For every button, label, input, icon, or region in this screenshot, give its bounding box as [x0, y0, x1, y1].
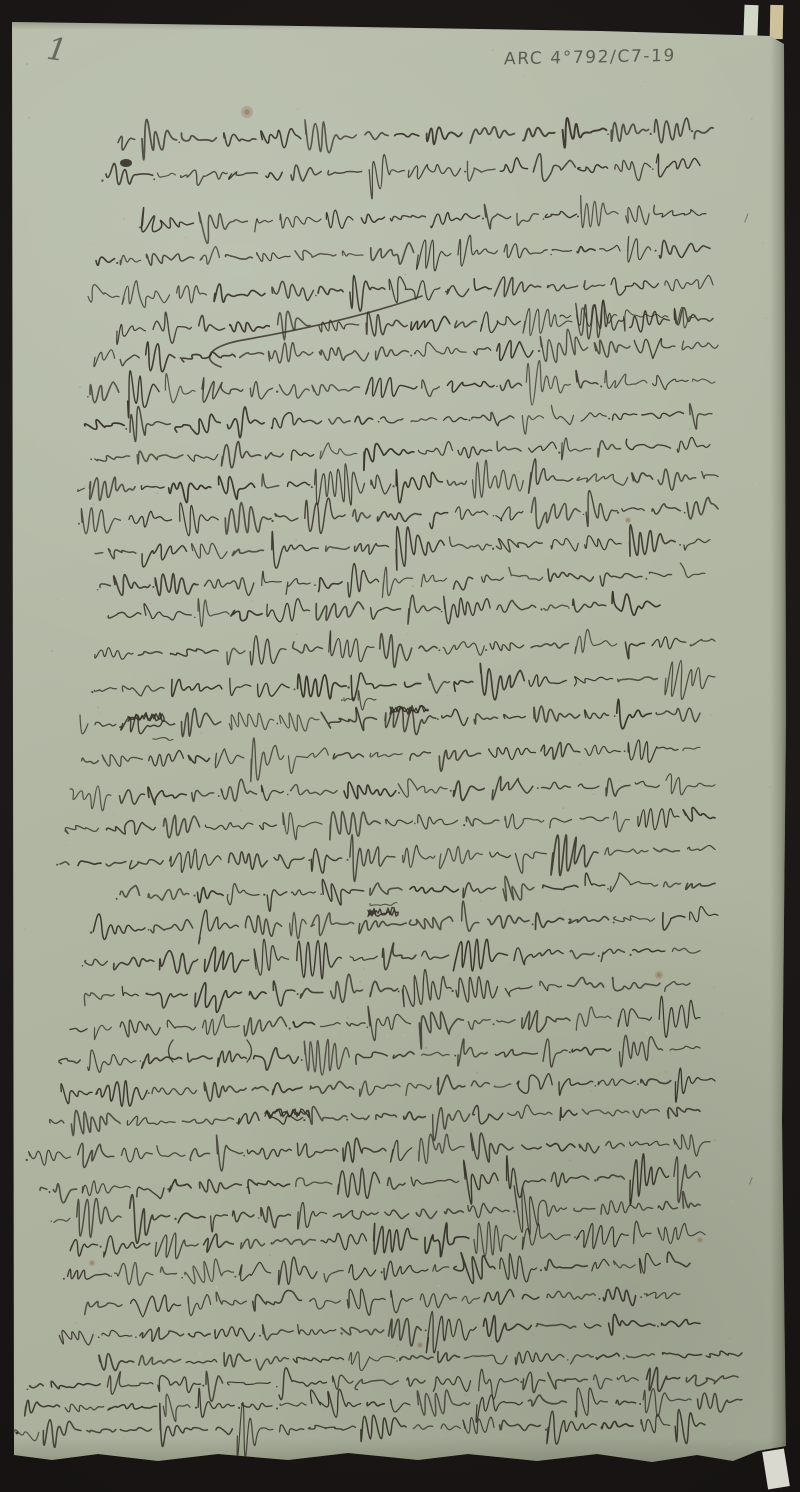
adjacent-page-sliver-tan: [770, 5, 784, 39]
adjacent-page-corner-white: [762, 1449, 790, 1490]
handwriting-layer: [0, 0, 800, 1492]
scan-background: 1 ARC 4°792/C7-19: [0, 0, 800, 1492]
adjacent-page-sliver-green: [743, 5, 758, 36]
manuscript-page: 1 ARC 4°792/C7-19: [0, 0, 800, 1492]
